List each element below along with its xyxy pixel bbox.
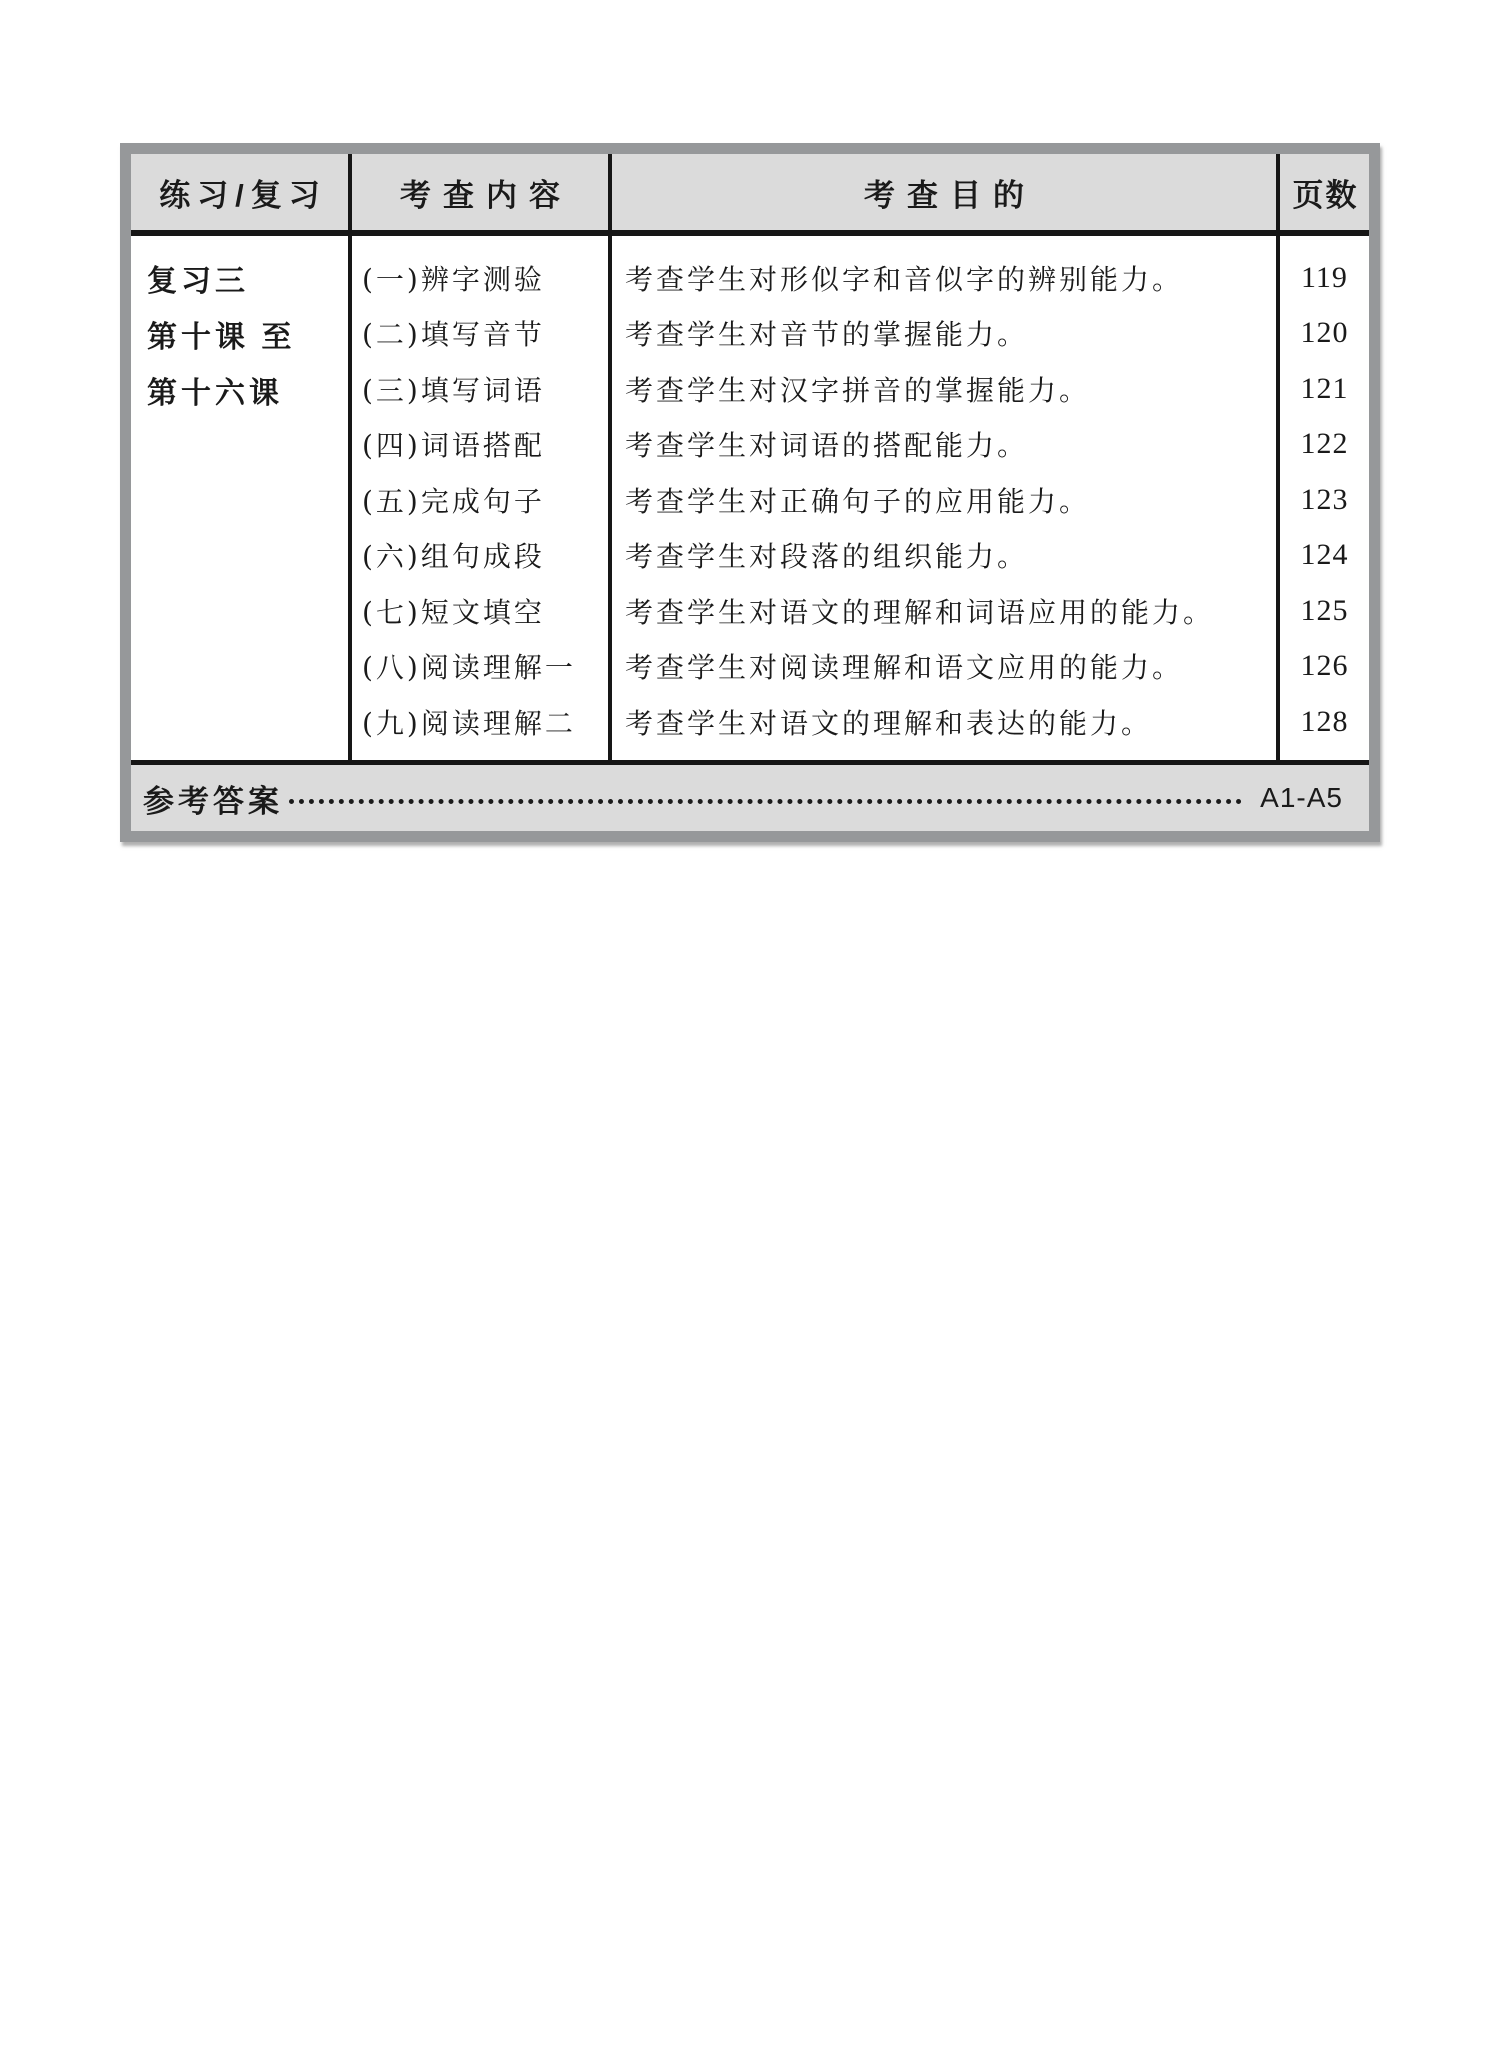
exam-purpose-column: 考查学生对形似字和音似字的辨别能力。 考查学生对音节的掌握能力。 考查学生对汉字… bbox=[612, 236, 1280, 760]
exam-purpose-item: 考查学生对语文的理解和表达的能力。 bbox=[625, 694, 1276, 750]
exam-purpose-item: 考查学生对词语的搭配能力。 bbox=[625, 417, 1276, 473]
review-unit-range-start: 第十课 至 bbox=[147, 306, 348, 362]
exam-purpose-item: 考查学生对语文的理解和词语应用的能力。 bbox=[625, 583, 1276, 639]
table-body: 复习三 第十课 至 第十六课 (一)辨字测验 (二)填写音节 (三)填写词语 (… bbox=[131, 236, 1369, 760]
exam-overview-table: 练习/复习 考查内容 考查目的 页数 复习三 第十课 至 第十六课 (一)辨字测… bbox=[120, 143, 1380, 842]
review-unit-range-end: 第十六课 bbox=[147, 362, 348, 418]
header-exercise-review: 练习/复习 bbox=[131, 154, 352, 230]
page-number: 121 bbox=[1280, 361, 1369, 417]
exam-content-item: (二)填写音节 bbox=[362, 306, 608, 362]
exam-purpose-item: 考查学生对正确句子的应用能力。 bbox=[625, 472, 1276, 528]
page-number: 124 bbox=[1280, 528, 1369, 584]
page-number-column: 119 120 121 122 123 124 125 126 128 bbox=[1280, 236, 1369, 760]
exam-content-item: (五)完成句子 bbox=[362, 472, 608, 528]
reference-answers-pages: A1-A5 bbox=[1260, 782, 1343, 814]
exam-content-item: (四)词语搭配 bbox=[362, 417, 608, 473]
reference-answers-label: 参考答案 bbox=[143, 776, 283, 821]
page-number: 128 bbox=[1280, 694, 1369, 750]
dotted-leader bbox=[289, 799, 1242, 804]
page-number: 120 bbox=[1280, 306, 1369, 362]
table-header-row: 练习/复习 考查内容 考查目的 页数 bbox=[131, 154, 1369, 236]
exam-purpose-item: 考查学生对音节的掌握能力。 bbox=[625, 306, 1276, 362]
page-number: 122 bbox=[1280, 417, 1369, 473]
page-number: 125 bbox=[1280, 583, 1369, 639]
header-page-number: 页数 bbox=[1280, 154, 1369, 230]
review-unit-cell: 复习三 第十课 至 第十六课 bbox=[131, 236, 352, 760]
page-number: 126 bbox=[1280, 639, 1369, 695]
reference-answers-row: 参考答案 A1-A5 bbox=[131, 760, 1369, 831]
review-unit-title: 复习三 bbox=[147, 250, 348, 306]
exam-content-item: (一)辨字测验 bbox=[362, 250, 608, 306]
exam-purpose-item: 考查学生对段落的组织能力。 bbox=[625, 528, 1276, 584]
exam-content-column: (一)辨字测验 (二)填写音节 (三)填写词语 (四)词语搭配 (五)完成句子 … bbox=[352, 236, 612, 760]
exam-purpose-item: 考查学生对阅读理解和语文应用的能力。 bbox=[625, 639, 1276, 695]
exam-content-item: (九)阅读理解二 bbox=[362, 694, 608, 750]
header-exam-content: 考查内容 bbox=[352, 154, 612, 230]
header-exam-purpose: 考查目的 bbox=[612, 154, 1280, 230]
exam-content-item: (七)短文填空 bbox=[362, 583, 608, 639]
page-number: 119 bbox=[1280, 250, 1369, 306]
exam-content-item: (八)阅读理解一 bbox=[362, 639, 608, 695]
exam-purpose-item: 考查学生对汉字拼音的掌握能力。 bbox=[625, 361, 1276, 417]
page-number: 123 bbox=[1280, 472, 1369, 528]
exam-content-item: (三)填写词语 bbox=[362, 361, 608, 417]
exam-purpose-item: 考查学生对形似字和音似字的辨别能力。 bbox=[625, 250, 1276, 306]
exam-content-item: (六)组句成段 bbox=[362, 528, 608, 584]
